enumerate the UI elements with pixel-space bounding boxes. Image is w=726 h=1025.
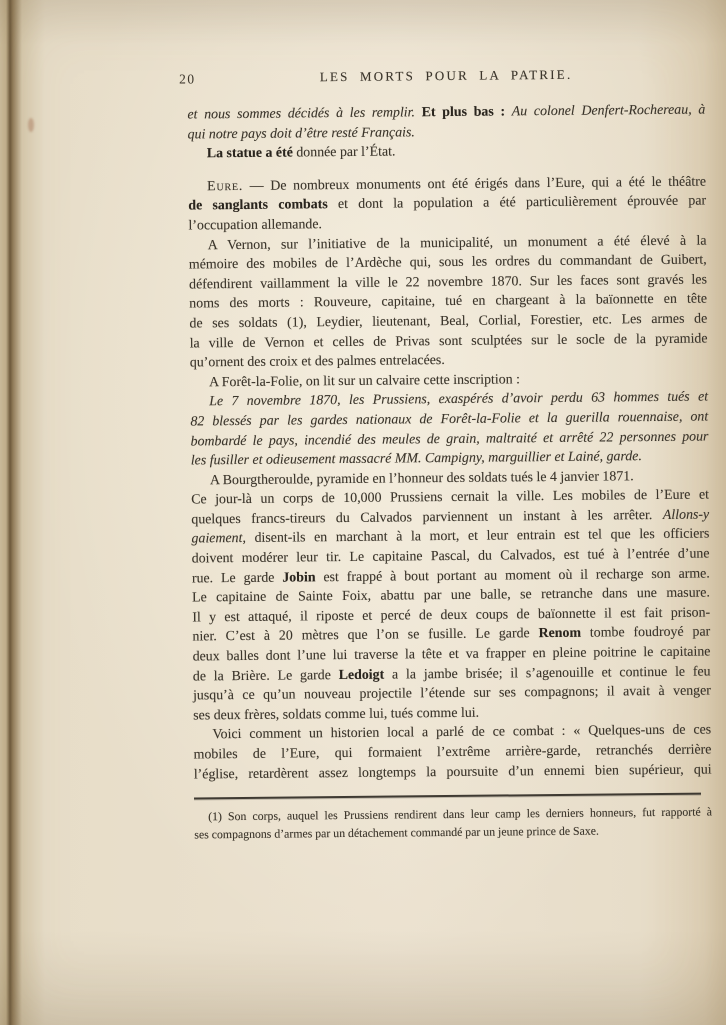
text-segment: nier. C’est à 20 mètres que l’on se fusi…	[192, 627, 538, 645]
page-content: 20 LES MORTS POUR LA PATRIE. et nous som…	[187, 64, 712, 844]
text-segment: 82 blessés par les gardes nationaux de F…	[190, 409, 708, 429]
text-line-content: La statue a été donnée par l’État.	[207, 143, 396, 164]
running-header: 20 LES MORTS POUR LA PATRIE.	[187, 64, 705, 91]
text-line-content: l’occupation allemande.	[188, 215, 322, 236]
text-segment: Eure.	[207, 179, 243, 194]
text-segment: gaiement,	[191, 531, 246, 547]
text-segment: Renom	[538, 626, 581, 641]
text-segment: doivent modérer leur tir. Le capitaine P…	[192, 547, 710, 567]
scanned-book-page: 20 LES MORTS POUR LA PATRIE. et nous som…	[0, 0, 726, 1025]
text-segment: et dont la population a été particulière…	[328, 194, 707, 213]
text-line-content: l’église, retardèrent assez longtemps la…	[194, 760, 712, 785]
text-segment: mémoire des mobiles de l’Ardèche qui, so…	[189, 253, 707, 273]
text-segment: est frappé à bout portant au moment où i…	[315, 566, 709, 585]
text-segment: qu’ornent des croix et des palmes entrel…	[190, 353, 445, 370]
paper-stain	[28, 118, 34, 132]
text-line: ses compagnons d’armes par un détachemen…	[194, 821, 712, 843]
text-segment: jusqu’à ce qu’un nouveau projectile l’ét…	[193, 684, 711, 704]
text-line-content: ses compagnons d’armes par un détachemen…	[194, 822, 599, 843]
text-line: La statue a été donnée par l’État.	[188, 140, 706, 165]
text-segment: défendirent vaillamment la ville le 22 n…	[189, 272, 707, 292]
text-segment: Au colonel Denfert-Rochereau, à	[512, 103, 706, 120]
text-segment: Le capitaine de Sainte Foix, abattu par …	[192, 586, 710, 606]
text-segment: et nous sommes décidés à les remplir.	[187, 105, 415, 122]
text-segment: a la jambe brisée; il s’agenouille et co…	[384, 664, 711, 682]
text-segment: (1) Son corps, auquel les Prussiens rend…	[208, 805, 712, 824]
text-segment: noms des morts : Rouveure, capitaine, tu…	[189, 292, 707, 312]
text-segment: de la Brière. Le garde	[193, 668, 339, 684]
text-segment: la ville de Vernon et celles de Privas s…	[190, 331, 708, 351]
text-segment: — De nombreux monuments ont été érigés d…	[243, 174, 706, 193]
text-segment: de sanglants combats	[188, 198, 328, 214]
text-line-content: qu’ornent des croix et des palmes entrel…	[190, 351, 445, 373]
text-segment: rue. Le garde	[192, 570, 283, 586]
text-segment: tombe foudroyé par	[581, 625, 710, 641]
text-segment: ses deux frères, soldats comme lui, tués…	[193, 706, 479, 724]
text-segment: deux balles dont l’une lui traverse la t…	[193, 645, 711, 665]
text-segment: l’occupation allemande.	[188, 217, 322, 233]
body-text: et nous sommes décidés à les remplir. Et…	[187, 101, 711, 785]
text-segment: Ce jour-là un corps de 10,000 Prussiens …	[191, 488, 709, 508]
text-segment: La statue a été	[207, 146, 293, 162]
text-segment: A Bourgtheroulde, pyramide en l’honneur …	[210, 469, 634, 488]
text-segment: Jobin	[282, 570, 315, 585]
text-segment: Voici comment un historien local a parlé…	[212, 723, 711, 743]
text-line-content: qui notre pays doit d’être resté Françai…	[188, 123, 415, 145]
text-segment: qui notre pays doit d’être resté Françai…	[188, 125, 415, 142]
footnote: (1) Son corps, auquel les Prussiens rend…	[194, 804, 712, 844]
text-segment: Il y est attaqué, il riposte et percé de…	[192, 605, 710, 625]
text-segment: Et plus bas :	[415, 104, 512, 120]
footnote-rule	[194, 793, 701, 800]
text-segment: bombardé le pays, incendié des meules de…	[191, 429, 709, 449]
text-segment: l’église, retardèrent assez longtemps la…	[194, 762, 712, 782]
running-title: LES MORTS POUR LA PATRIE.	[187, 64, 705, 87]
text-segment: A Forêt-la-Folie, on lit sur un calvaire…	[209, 372, 520, 390]
text-segment: de ses soldats (1), Leydier, lieutenant,…	[189, 311, 707, 331]
text-segment: donnée par l’État.	[293, 145, 396, 161]
text-segment: les fusiller et odieusement massacré MM.…	[191, 449, 642, 468]
text-segment: disent-ils en marchant à la mort, et leu…	[246, 527, 710, 546]
text-line: l’église, retardèrent assez longtemps la…	[194, 760, 712, 785]
text-segment: mobiles de l’Eure, qui formaient l’extrê…	[194, 742, 712, 762]
text-segment: quelques francs-tireurs du Calvados parv…	[191, 508, 663, 528]
text-segment: Le 7 novembre 1870, les Prussiens, exasp…	[209, 390, 708, 410]
text-segment: ses compagnons d’armes par un détachemen…	[194, 823, 599, 841]
text-line-content: ses deux frères, soldats comme lui, tués…	[193, 704, 479, 726]
text-segment: Allons-y	[663, 507, 709, 522]
text-segment: A Vernon, sur l’initiative de la municip…	[208, 233, 707, 253]
text-segment: Ledoigt	[339, 667, 385, 682]
page-number: 20	[179, 71, 196, 87]
